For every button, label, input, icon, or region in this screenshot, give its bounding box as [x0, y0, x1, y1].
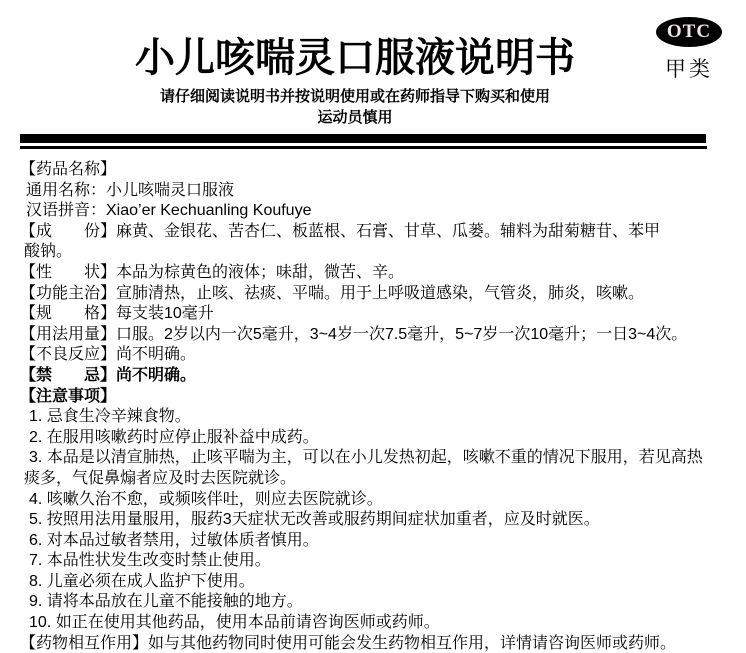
generic-name: 通用名称：小儿咳喘灵口服液: [20, 181, 734, 202]
drug-leaflet-page: OTC 甲类 小儿咳喘灵口服液说明书 请仔细阅读说明书并按说明使用或在药师指导下…: [0, 0, 746, 653]
read-instructions-notice: 请仔细阅读说明书并按说明使用或在药师指导下购买和使用: [0, 89, 710, 105]
drug-name-heading: 【药品名称】: [20, 160, 734, 181]
page-title: 小儿咳喘灵口服液说明书: [0, 34, 710, 82]
pinyin-name: 汉语拼音：Xiao’er Kechuanling Koufuye: [20, 201, 734, 222]
contraindications-line: 【禁 忌】尚不明确。: [20, 366, 734, 387]
drug-interactions-line: 【药物相互作用】如与其他药物同时使用可能会发生药物相互作用，详情请咨询医师或药师…: [20, 634, 734, 653]
precaution-item-2: 2. 在服用咳嗽药时应停止服补益中成药。: [20, 428, 734, 449]
athlete-warning: 运动员慎用: [0, 110, 710, 126]
ingredients-line: 【成 份】麻黄、金银花、苦杏仁、板蓝根、石膏、甘草、瓜蒌。辅料为甜菊糖苷、苯甲: [20, 222, 734, 243]
ingredients-line-cont: 酸钠。: [20, 242, 734, 263]
precaution-item-1: 1. 忌食生冷辛辣食物。: [20, 407, 734, 428]
adverse-reactions-line: 【不良反应】尚不明确。: [20, 345, 734, 366]
precaution-item-3: 3. 本品是以清宣肺热，止咳平喘为主，可以在小儿发热初起，咳嗽不重的情况下服用，…: [20, 448, 734, 469]
precaution-item-9: 9. 请将本品放在儿童不能接触的地方。: [20, 592, 734, 613]
leaflet-body: 【药品名称】 通用名称：小儿咳喘灵口服液 汉语拼音：Xiao’er Kechua…: [20, 160, 734, 653]
leaflet-header: 小儿咳喘灵口服液说明书 请仔细阅读说明书并按说明使用或在药师指导下购买和使用 运…: [0, 34, 710, 126]
precautions-heading: 【注意事项】: [20, 387, 734, 408]
divider-thick-rule: [20, 134, 706, 143]
dosage-line: 【用法用量】口服。2岁以内一次5毫升，3~4岁一次7.5毫升，5~7岁一次10毫…: [20, 325, 734, 346]
precaution-item-5: 5. 按照用法用量服用，服药3天症状无改善或服药期间症状加重者，应及时就医。: [20, 510, 734, 531]
precaution-item-6: 6. 对本品过敏者禁用，过敏体质者慎用。: [20, 531, 734, 552]
precaution-item-8: 8. 儿童必须在成人监护下使用。: [20, 572, 734, 593]
functions-indications-line: 【功能主治】宣肺清热，止咳、祛痰、平喘。用于上呼吸道感染，气管炎，肺炎，咳嗽。: [20, 284, 734, 305]
properties-line: 【性 状】本品为棕黄色的液体；味甜，微苦、辛。: [20, 263, 734, 284]
precaution-item-7: 7. 本品性状发生改变时禁止使用。: [20, 551, 734, 572]
precaution-item-4: 4. 咳嗽久治不愈，或频咳伴吐，则应去医院就诊。: [20, 490, 734, 511]
divider-thin-rule: [20, 146, 707, 149]
precaution-item-10: 10. 如正在使用其他药品，使用本品前请咨询医师或药师。: [20, 613, 734, 634]
precaution-item-3-cont: 痰多，气促鼻煽者应及时去医院就诊。: [20, 469, 734, 490]
specification-line: 【规 格】每支装10毫升: [20, 304, 734, 325]
